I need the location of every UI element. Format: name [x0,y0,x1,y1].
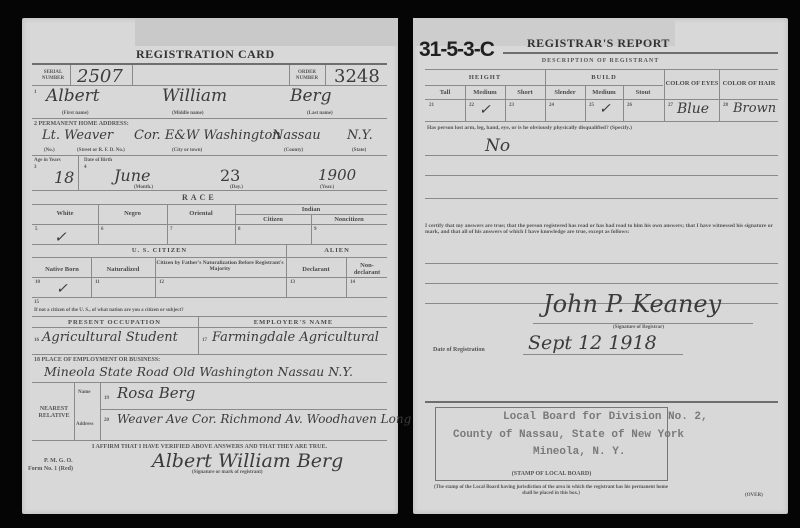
occupation-label: PRESENT OCCUPATION [32,319,197,326]
eyes-label: COLOR OF EYES [665,80,719,87]
form-code-pmgo: P. M. G. O. [44,458,73,465]
form-code-number: Form No. 1 (Red) [28,466,73,473]
field-number: 17 [202,338,207,344]
us-citizen-heading: U. S. CITIZEN [32,247,287,254]
field-number: 14 [350,280,355,286]
signature-caption: (Signature or mark of registrant) [192,470,263,476]
q30-text: I certify that my answers are true; that… [425,223,777,235]
height-medium-label: Medium [465,89,505,96]
last-name-caption: (Last name) [307,111,333,117]
birth-month: June [114,166,151,185]
hair-label: COLOR OF HAIR [720,80,778,87]
top-shade [135,18,398,46]
stamp-line-2: County of Nassau, State of New York [453,429,684,441]
registrar-report-card: 31-5-3-C REGISTRAR'S REPORT DESCRIPTION … [413,18,788,514]
report-subtitle: DESCRIPTION OF REGISTRANT [423,58,778,65]
field-number: 3 [34,165,37,171]
address-caption-city: (City or town) [172,148,202,154]
field-number: 1 [34,90,37,96]
divider [523,354,683,355]
race-citizen-label: Citizen [235,216,311,223]
divider [132,65,133,85]
field-number: 11 [95,280,100,286]
divider [70,65,71,85]
relative-address-value: Weaver Ave Cor. Richmond Av. Woodhaven L… [117,412,430,426]
divider [32,277,387,278]
divider [32,382,387,383]
stamp-note: (The stamp of the Local Board having jur… [431,485,671,496]
field-number: 13 [290,280,295,286]
divider [32,204,387,205]
divider [425,69,778,70]
divider [91,257,92,297]
divider [32,327,387,328]
address-caption-no: (No.) [44,148,55,154]
divider [505,85,506,121]
registrar-signature-caption: (Signature of Registrar) [613,325,664,331]
stamp-line-1: Local Board for Division No. 2, [503,411,708,423]
field-number: 7 [170,227,173,233]
field-number: 10 [35,280,40,286]
divider [545,69,546,121]
stamp-caption: (STAMP OF LOCAL BOARD) [435,471,668,478]
race-heading: RACE [182,194,217,203]
employment-place-value: Mineola State Road Old Washington Nassau… [44,364,353,379]
field-number: 16 [34,338,39,344]
order-number-value: 3248 [334,66,380,87]
divider [32,316,387,317]
field-number: 23 [509,103,514,109]
employer-label: EMPLOYER'S NAME [200,319,387,326]
middle-name-caption: (Middle name) [172,111,204,117]
nearest-relative-label: NEAREST RELATIVE [36,406,72,420]
divider [465,85,466,121]
citizen-by-father-label: Citizen by Father's Naturalization Befor… [156,260,284,272]
race-indian-label: Indian [235,206,387,213]
serial-number-value: 2507 [77,66,123,87]
registrant-signature: Albert William Berg [152,450,343,472]
field-number: 4 [84,165,87,171]
order-number-label: ORDER NUMBER [292,70,322,81]
q29-value: No [485,136,510,156]
divider [425,283,778,284]
naturalized-label: Naturalized [92,266,154,273]
divider [32,63,387,65]
divider [32,244,387,245]
divider [664,69,665,121]
field-number: 20 [104,418,109,424]
divider [325,65,326,85]
employment-place-label: 18 PLACE OF EMPLOYMENT OR BUSINESS: [34,357,160,364]
card-title: REGISTRATION CARD [136,47,275,62]
birth-year: 1900 [318,166,356,184]
field-number: 26 [627,103,632,109]
race-oriental-label: Oriental [167,210,235,217]
address-street: Cor. E&W Washington [134,128,281,143]
divider [32,440,387,441]
middle-name: William [162,86,227,106]
address-county: Nassau [272,128,321,143]
divider [425,85,663,86]
address-label: 2 PERMANENT HOME ADDRESS: [34,121,129,128]
divider [425,263,778,264]
eyes-value: Blue [677,101,709,117]
divider [235,204,236,244]
declarant-label: Declarant [287,266,345,273]
height-medium-value: ✓ [479,102,491,118]
divider [100,382,101,440]
divider [719,69,720,121]
divider [623,85,624,121]
divider [503,52,778,54]
occupation-value: Agricultural Student [42,330,178,345]
divider [32,297,387,298]
age-value: 18 [54,168,74,187]
field-number: 6 [101,227,104,233]
divider [155,257,156,297]
divider [32,224,387,225]
q15-text: If not a citizen of the U. S., of what n… [34,308,184,314]
divider [425,175,778,176]
address-state: N.Y. [347,128,373,143]
field-number: 12 [159,280,164,286]
divider [78,155,79,190]
height-short-label: Short [505,89,545,96]
divider [74,382,75,440]
divider [32,190,387,191]
field-number: 25 [589,103,594,109]
first-name-caption: (First name) [62,111,89,117]
height-tall-label: Tall [425,89,465,96]
alien-heading: ALIEN [287,247,387,254]
field-number: 27 [668,103,673,109]
divider [286,244,287,297]
birth-label: Date of Birth [84,158,112,164]
divider [198,316,199,354]
divider [32,257,387,258]
q29-text: Has person lost arm, leg, hand, eye, or … [427,125,777,131]
divider [425,198,778,199]
footer-code: (OVER) [745,493,763,499]
field-number: 24 [549,103,554,109]
race-negro-label: Negro [98,210,167,217]
registration-card: REGISTRATION CARD SERIAL NUMBER 2507 ORD… [22,18,398,514]
native-born-value: ✓ [56,281,68,297]
relative-name-label: Name [78,390,91,396]
relative-address-label: Address [76,422,93,428]
field-number: 21 [429,103,434,109]
employer-value: Farmingdale Agricultural [212,330,379,345]
age-label: Age in Years [34,158,61,164]
divider [98,204,99,244]
hair-value: Brown [733,101,776,116]
divider [425,155,778,156]
divider [167,204,168,244]
build-slender-label: Slender [545,89,585,96]
divider [585,85,586,121]
address-caption-county: (County) [284,148,303,154]
build-medium-label: Medium [585,89,623,96]
divider [100,409,387,410]
divider [425,99,778,100]
registration-date-value: Sept 12 1918 [528,332,657,354]
registrar-signature: John P. Keaney [543,290,721,318]
build-medium-value: ✓ [599,101,611,117]
divider [425,121,778,122]
divider [311,214,312,244]
divider [32,354,387,355]
field-number: 8 [238,227,241,233]
address-number: Lt. Weaver [42,128,113,143]
report-title: REGISTRAR'S REPORT [527,36,670,51]
address-caption-state: (State) [352,148,366,154]
registration-date-label: Date of Registration [433,347,485,354]
field-number: 19 [104,396,109,402]
field-number: 15 [34,300,39,306]
build-heading: BUILD [545,74,663,81]
build-stout-label: Stout [623,89,663,96]
divider [346,257,347,297]
address-caption-street: (Street or R. F. D. No.) [77,148,125,154]
height-heading: HEIGHT [425,74,545,81]
non-declarant-label: Non-declarant [347,262,387,276]
divider [425,401,778,403]
divider [32,118,387,119]
divider [289,65,290,85]
first-name: Albert [46,86,100,106]
stamp-line-3: Mineola, N. Y. [533,446,625,458]
last-name: Berg [290,86,332,106]
field-number: 28 [723,103,728,109]
field-number: 5 [35,227,38,233]
divider [32,155,387,156]
field-number: 22 [469,103,474,109]
field-number: 9 [314,227,317,233]
relative-name-value: Rosa Berg [117,384,195,402]
race-white-label: White [32,210,98,217]
serial-number-label: SERIAL NUMBER [38,70,68,81]
birth-day: 23 [220,166,240,185]
race-noncitizen-label: Noncitizen [311,216,387,223]
divider [533,323,753,324]
native-born-label: Native Born [32,266,92,273]
